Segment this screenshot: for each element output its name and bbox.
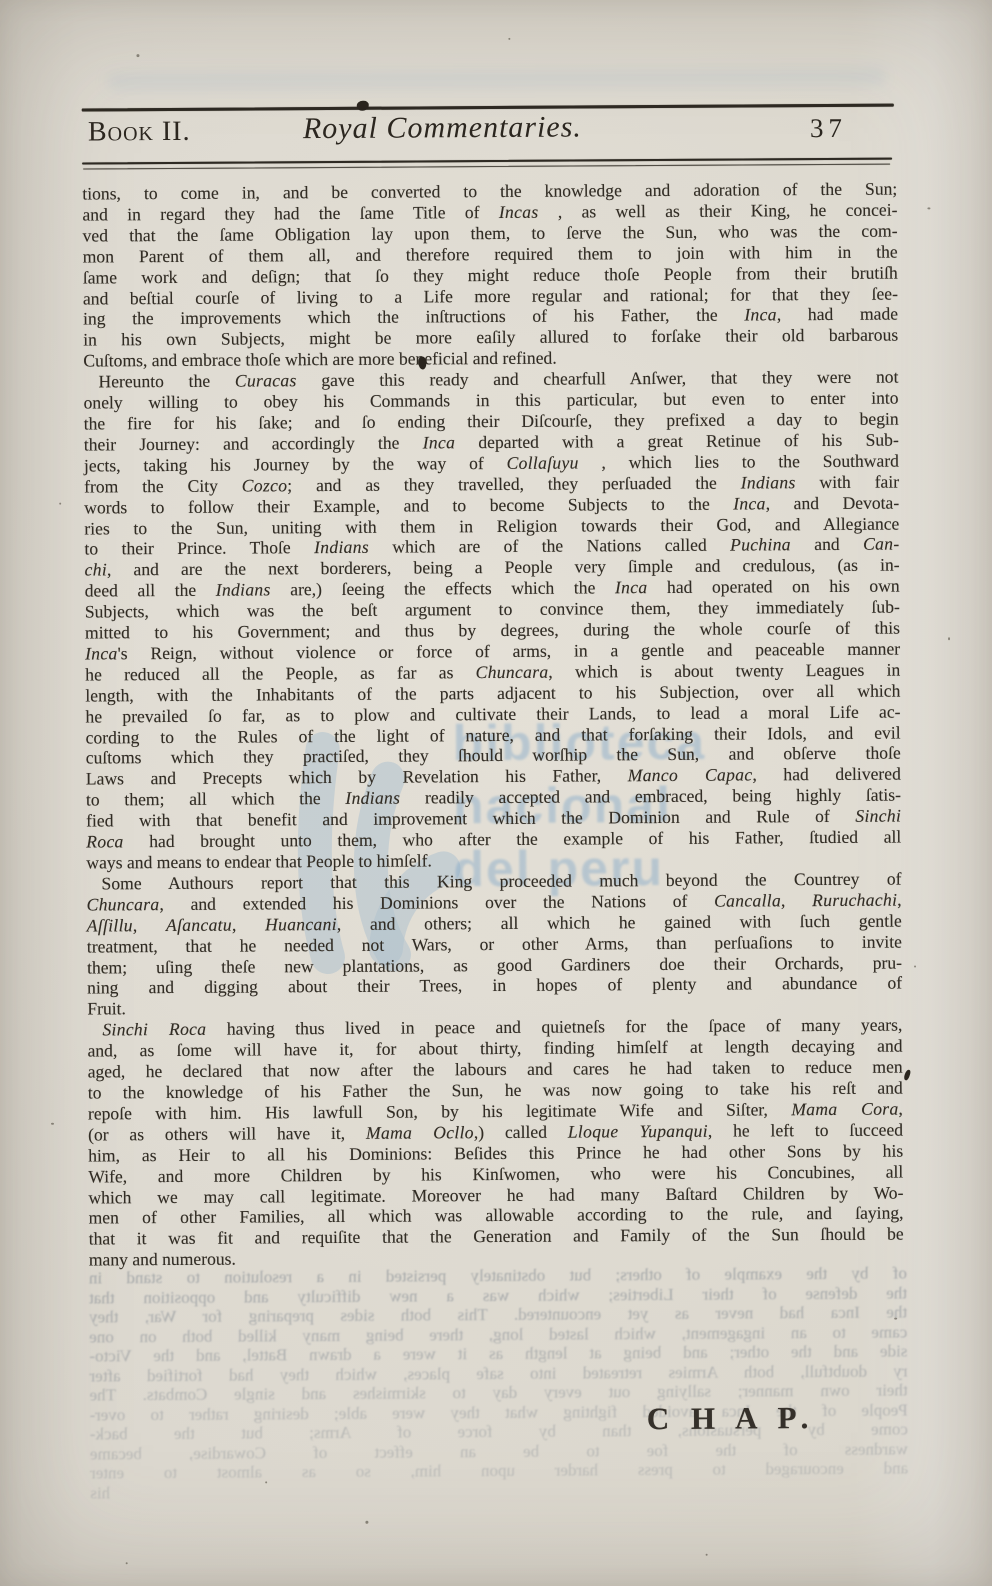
running-title: Royal Commentaries. — [303, 110, 582, 146]
show-through-text: of by the example of others; but obstina… — [89, 1264, 908, 1503]
paper-speck — [126, 1562, 128, 1564]
ink-blot — [418, 356, 426, 369]
paper-speck — [948, 637, 950, 640]
paper-speck — [136, 54, 139, 57]
book-label: Book II. — [88, 116, 191, 149]
paper-speck — [927, 207, 930, 209]
paper-speck — [914, 965, 916, 967]
paper-speck — [894, 1318, 897, 1320]
scan-smudge — [107, 68, 887, 91]
stray-mark — [903, 1069, 911, 1081]
paper-speck — [265, 1481, 267, 1483]
paper-speck — [51, 1123, 54, 1125]
body-text: tions, to come in, and be converted to t… — [82, 179, 904, 1271]
header-rule-bottom-thin — [83, 164, 890, 170]
paper-speck — [365, 1521, 368, 1524]
scanned-page: Book II. Royal Commentaries. 37 bibliote… — [0, 0, 992, 1586]
paper-speck — [59, 503, 61, 505]
ghost-text-line: his — [90, 1478, 908, 1502]
paper-speck — [508, 38, 510, 40]
catchword: C H A P. — [647, 1400, 816, 1437]
page-number: 37 — [810, 113, 847, 144]
paper-speck — [706, 1554, 708, 1556]
